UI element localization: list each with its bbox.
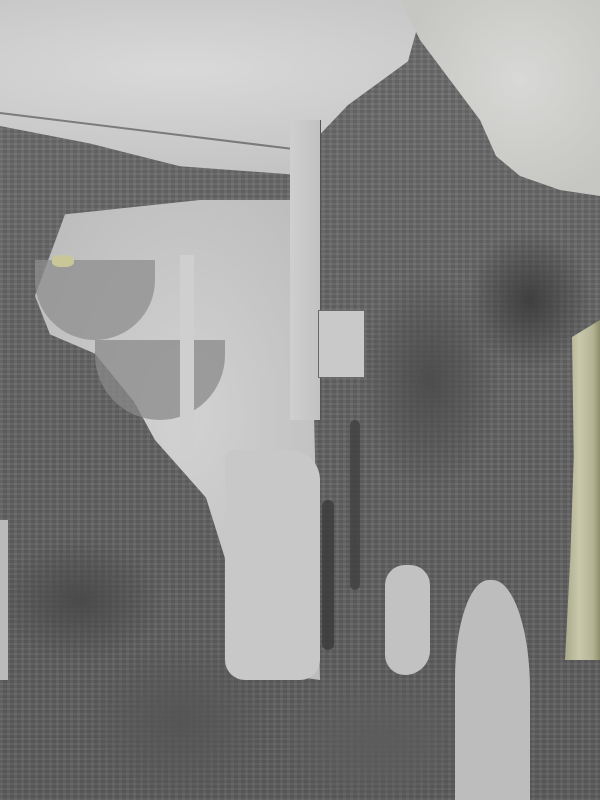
light-patch bbox=[385, 565, 430, 675]
yellow-paper-fragment bbox=[52, 255, 74, 267]
paper-tab bbox=[318, 310, 365, 378]
dark-drip bbox=[350, 420, 360, 590]
light-edge bbox=[0, 520, 8, 680]
light-patch bbox=[455, 580, 530, 800]
poster-remnant-stroke bbox=[180, 255, 194, 455]
vertical-paper-strip bbox=[290, 120, 321, 420]
light-patch bbox=[225, 450, 320, 680]
dark-drip bbox=[322, 500, 334, 650]
weathered-wall-photo bbox=[0, 0, 600, 800]
